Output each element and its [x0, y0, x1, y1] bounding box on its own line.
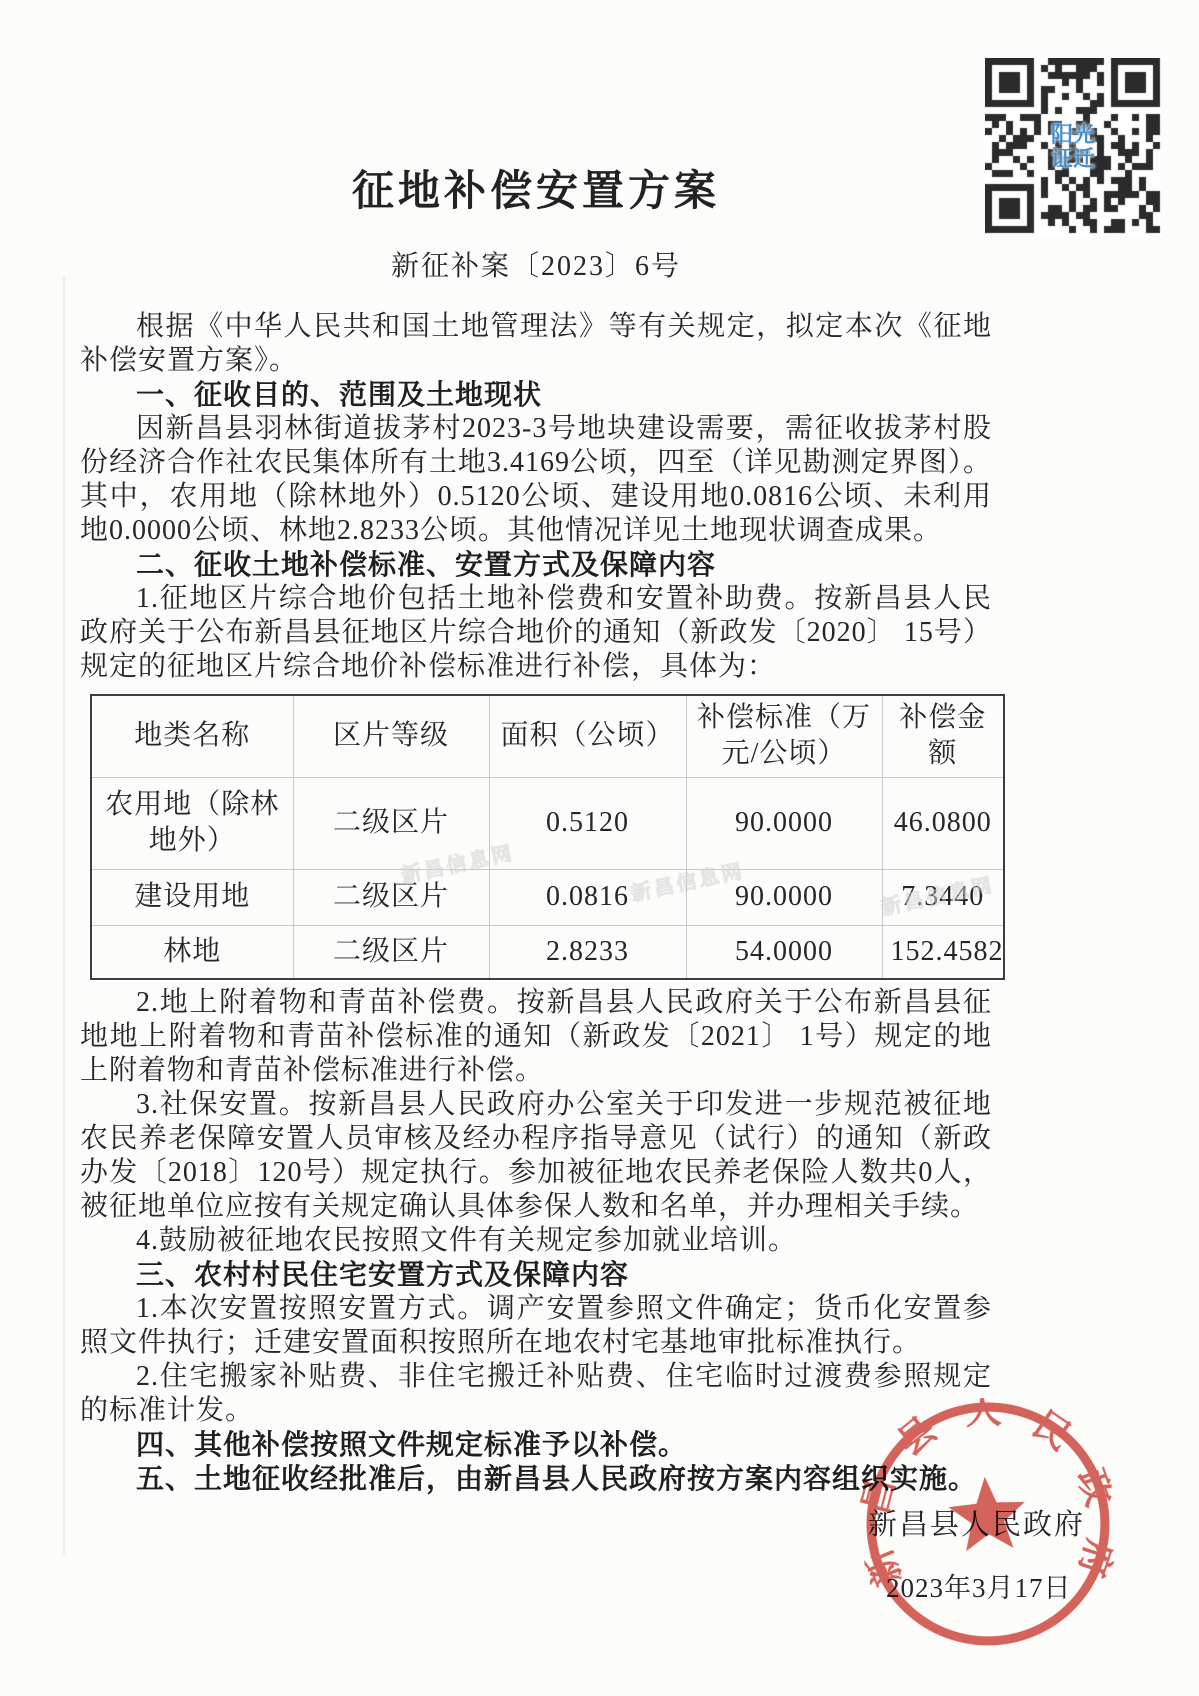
section-2-paragraph-1: 1.征地区片综合地价包括土地补偿费和安置补助费。按新昌县人民政府关于公布新昌县征… [80, 582, 992, 684]
table-cell: 54.0000 [686, 925, 882, 979]
table-cell: 46.0800 [882, 777, 1004, 869]
section-5-heading: 五、土地征收经批准后，由新昌县人民政府按方案内容组织实施。 [80, 1462, 992, 1496]
table-cell: 2.8233 [489, 925, 686, 979]
table-header-cell: 面积（公顷） [489, 695, 686, 777]
qr-code: 阳光 证迁 [985, 58, 1161, 236]
signature-date: 2023年3月17日 [886, 1566, 1072, 1605]
qr-label-line2: 证迁 [1051, 147, 1095, 171]
page-title: 征地补偿安置方案 [80, 158, 992, 218]
table-cell: 二级区片 [293, 869, 489, 925]
document-content: 征地补偿安置方案 新征补案〔2023〕6号 根据《中华人民共和国土地管理法》等有… [80, 0, 992, 1496]
table-header-row: 地类名称区片等级面积（公顷）补偿标准（万元/公顷）补偿金额 [91, 695, 1004, 777]
section-2-paragraph-4: 4.鼓励被征地农民按照文件有关规定参加就业培训。 [80, 1224, 992, 1258]
table-header-cell: 补偿金额 [882, 695, 1004, 777]
document-number: 新征补案〔2023〕6号 [80, 244, 992, 284]
table-cell: 152.4582 [882, 925, 1004, 979]
section-3-paragraph-1: 1.本次安置按照安置方式。调产安置参照文件确定；货币化安置参照文件执行；迁建安置… [80, 1292, 992, 1360]
table-cell: 林地 [91, 925, 293, 979]
section-3-paragraph-2: 2.住宅搬家补贴费、非住宅搬迁补贴费、住宅临时过渡费参照规定的标准计发。 [80, 1360, 992, 1428]
section-1-heading: 一、征收目的、范围及土地现状 [80, 378, 992, 412]
table-cell: 二级区片 [293, 925, 489, 979]
section-2-paragraph-2: 2.地上附着物和青苗补偿费。按新昌县人民政府关于公布新昌县征地地上附着物和青苗补… [80, 986, 992, 1088]
section-3-heading: 三、农村村民住宅安置方式及保障内容 [80, 1258, 992, 1292]
table-header-cell: 补偿标准（万元/公顷） [686, 695, 882, 777]
table-row: 建设用地二级区片0.081690.00007.3440 [91, 869, 1004, 925]
compensation-table: 地类名称区片等级面积（公顷）补偿标准（万元/公顷）补偿金额 农用地（除林地外）二… [90, 694, 1005, 980]
issuer-signature: 新昌县人民政府 [868, 1502, 1085, 1543]
qr-label-line1: 阳光 [1051, 123, 1095, 147]
table-cell: 农用地（除林地外） [91, 777, 293, 869]
table-cell: 建设用地 [91, 869, 293, 925]
scan-fold-line [63, 275, 65, 1555]
table-header-cell: 区片等级 [293, 695, 489, 777]
section-2-paragraph-3: 3.社保安置。按新昌县人民政府办公室关于印发进一步规范被征地农民养老保障安置人员… [80, 1088, 992, 1224]
intro-paragraph: 根据《中华人民共和国土地管理法》等有关规定，拟定本次《征地补偿安置方案》。 [80, 310, 992, 378]
section-4-heading: 四、其他补偿按照文件规定标准予以补偿。 [80, 1428, 992, 1462]
table-row: 林地二级区片2.823354.0000152.4582 [91, 925, 1004, 979]
table-cell: 90.0000 [686, 777, 882, 869]
section-2-heading: 二、征收土地补偿标准、安置方式及保障内容 [80, 548, 992, 582]
section-1-paragraph: 因新昌县羽林街道拔茅村2023-3号地块建设需要，需征收拔茅村股份经济合作社农民… [80, 412, 992, 548]
table-header-cell: 地类名称 [91, 695, 293, 777]
table-cell: 0.5120 [489, 777, 686, 869]
document-page: 阳光 证迁 征地补偿安置方案 新征补案〔2023〕6号 根据《中华人民共和国土地… [0, 0, 1199, 1696]
qr-center-label: 阳光 证迁 [985, 58, 1161, 236]
table-row: 农用地（除林地外）二级区片0.512090.000046.0800 [91, 777, 1004, 869]
